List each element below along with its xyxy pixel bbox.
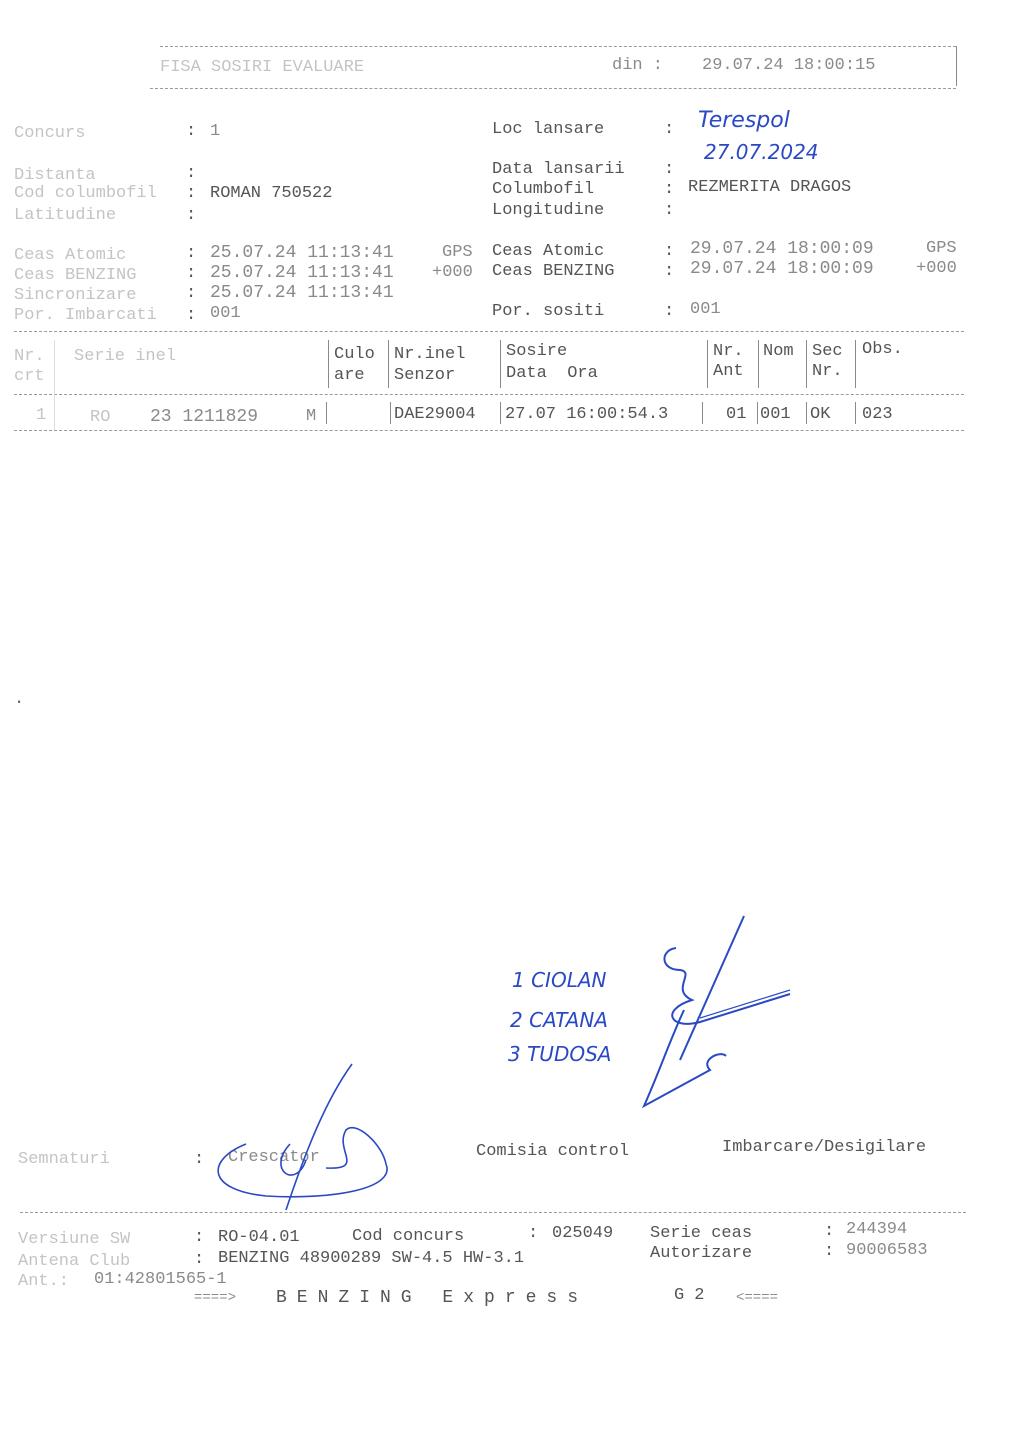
header-top-rule [160,46,956,47]
ceas-benzing-end-value: 29.07.24 18:00:09 [690,259,874,279]
sincronizare-value: 25.07.24 11:13:41 [210,283,394,303]
cell-nom: 001 [760,405,791,425]
comisia-control-label: Comisia control [476,1142,629,1162]
distanta-colon: : [186,164,196,184]
th-nr-crt-1: Nr. [14,347,45,367]
cell-sosire: 27.07 16:00:54.3 [505,405,668,425]
loc-lansare-handwritten: Terespol [698,108,790,133]
ceas-benzing-start-value: 25.07.24 11:13:41 [210,263,394,283]
cod-columbofil-colon: : [186,184,196,204]
col-divider [702,402,703,424]
header-bottom-rule [150,88,956,89]
autorizare-label: Autorizare [650,1244,752,1264]
table-header-rule [14,394,964,395]
table-bottom-rule [14,430,964,431]
commission-signature [640,910,800,1110]
th-sosire-2: Data Ora [506,364,598,384]
distanta-label: Distanta [14,166,96,186]
header-right-border [956,46,957,86]
versiune-sw-colon: : [194,1228,204,1248]
autorizare-value: 90006583 [846,1241,928,1261]
cell-serie: 23 1211829 [150,407,258,427]
concurs-value: 1 [210,122,220,142]
th-culoare-2: are [334,366,365,386]
por-imbarcati-value: 001 [210,304,241,324]
cod-concurs-label: Cod concurs [352,1227,464,1247]
col-divider [855,340,856,388]
th-nom: Nom [763,342,794,362]
col-divider [390,402,391,424]
longitudine-label: Longitudine [492,201,604,221]
serie-ceas-label: Serie ceas [650,1224,752,1244]
longitudine-colon: : [664,201,674,221]
th-sec-nr-2: Nr. [812,362,843,382]
cell-obs: 023 [862,405,893,425]
imbarcare-desigilare-label: Imbarcare/Desigilare [722,1138,926,1158]
th-sosire-1: Sosire [506,342,567,362]
data-lansarii-colon: : [664,160,674,180]
footer-rule [20,1212,966,1213]
ceas-atomic-start-suffix: GPS [442,243,473,263]
brand-name: BENZING Express [276,1288,588,1308]
th-nr-crt-2: crt [14,367,45,387]
th-sec-nr-1: Sec [812,342,843,362]
cell-sec: OK [810,405,830,425]
commission-name-1: 1 CIOLAN [512,968,606,992]
ceas-benzing-end-label: Ceas BENZING [492,262,614,282]
col-divider [855,402,856,424]
por-sositi-label: Por. sositi [492,302,604,322]
versiune-sw-value: RO-04.01 [218,1228,300,1248]
sincronizare-colon: : [186,284,196,304]
header-din-value: 29.07.24 18:00:15 [702,56,875,76]
loc-lansare-label: Loc lansare [492,120,604,140]
ceas-atomic-end-value: 29.07.24 18:00:09 [690,239,874,259]
commission-name-2: 2 CATANA [510,1008,608,1032]
versiune-sw-label: Versiune SW [18,1230,130,1250]
ant-label: Ant.: [18,1272,69,1292]
col-divider [758,340,759,388]
brand-arrow-right: <==== [736,1288,778,1308]
cell-sex: M [306,407,316,427]
antena-club-label: Antena Club [18,1252,130,1272]
latitudine-label: Latitudine [14,206,116,226]
ceas-benzing-end-colon: : [664,262,674,282]
sincronizare-label: Sincronizare [14,286,136,306]
ant-value: 01:42801565-1 [94,1270,227,1290]
scan-speck: . [14,690,24,710]
col-divider [707,340,708,388]
col-divider [326,402,327,424]
th-senzor-2: Senzor [394,366,455,386]
concurs-label: Concurs [14,124,85,144]
th-nr-ant-2: Ant [713,362,744,382]
th-culoare-1: Culo [334,345,375,365]
col-divider [757,402,758,424]
data-lansarii-label: Data lansarii [492,160,625,180]
columbofil-value: REZMERITA DRAGOS [688,178,851,198]
brand-arrow-left: ====> [194,1288,236,1308]
columbofil-colon: : [664,180,674,200]
loc-lansare-colon: : [664,120,674,140]
serie-ceas-colon: : [824,1222,834,1242]
commission-name-3: 3 TUDOSA [508,1042,611,1066]
data-lansarii-handwritten: 27.07.2024 [704,140,819,164]
por-sositi-colon: : [664,302,674,322]
document-title: FISA SOSIRI EVALUARE [160,58,364,78]
por-imbarcati-label: Por. Imbarcati [14,306,157,326]
concurs-colon: : [186,122,196,142]
th-serie-inel: Serie inel [74,347,176,367]
th-nr-ant-1: Nr. [713,342,744,362]
ceas-atomic-start-label: Ceas Atomic [14,246,126,266]
cod-concurs-value: 025049 [552,1224,613,1244]
por-sositi-value: 001 [690,300,721,320]
cell-nr: 1 [36,406,46,426]
col-divider [54,340,55,430]
brand-model: G2 [674,1286,714,1306]
semnaturi-colon: : [194,1150,204,1170]
ceas-atomic-end-colon: : [664,242,674,262]
cod-columbofil-label: Cod columbofil [14,184,157,204]
col-divider [388,340,389,388]
columbofil-label: Columbofil [492,180,594,200]
latitudine-colon: : [186,206,196,226]
ceas-benzing-start-colon: : [186,264,196,284]
th-senzor-1: Nr.inel [394,345,465,365]
ceas-benzing-end-suffix: +000 [916,259,957,279]
col-divider [500,402,501,424]
table-top-rule [14,331,964,332]
col-divider [806,340,807,388]
ceas-atomic-end-label: Ceas Atomic [492,242,604,262]
por-imbarcati-colon: : [186,306,196,326]
th-obs: Obs. [862,340,903,360]
antena-club-colon: : [194,1250,204,1270]
cell-tara: RO [90,408,110,428]
semnaturi-label: Semnaturi [18,1150,110,1170]
ceas-benzing-start-suffix: +000 [432,263,473,283]
cell-ant: 01 [726,405,746,425]
ceas-atomic-start-value: 25.07.24 11:13:41 [210,243,394,263]
serie-ceas-value: 244394 [846,1220,907,1240]
crescator-signature [206,1060,406,1220]
col-divider [500,340,501,388]
col-divider [806,402,807,424]
ceas-atomic-start-colon: : [186,244,196,264]
header-din-label: din : [612,56,663,76]
ceas-benzing-start-label: Ceas BENZING [14,266,136,286]
antena-club-value: BENZING 48900289 SW-4.5 HW-3.1 [218,1249,524,1269]
cod-columbofil-value: ROMAN 750522 [210,184,332,204]
cod-concurs-colon: : [528,1224,538,1244]
cell-senzor: DAE29004 [394,405,476,425]
col-divider [328,340,329,388]
autorizare-colon: : [824,1242,834,1262]
ceas-atomic-end-suffix: GPS [926,239,957,259]
